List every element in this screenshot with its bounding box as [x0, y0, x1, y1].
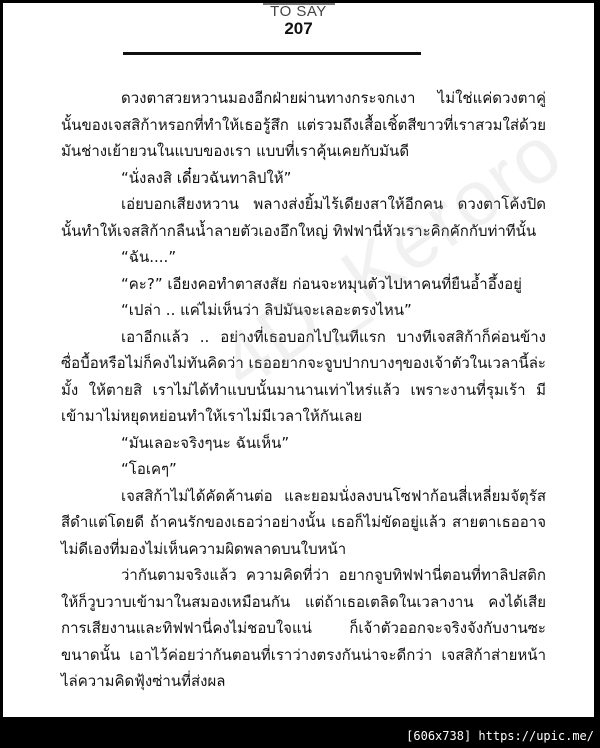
paragraph-3: “คะ?” เอียงคอทำตาสงสัย ก่อนจะหมุนตัวไปหา…: [61, 271, 546, 298]
dialog-line-5: “โอเคๆ”: [61, 456, 546, 483]
dialog-line-4: “มันเลอะจริงๆนะ ฉันเห็น”: [61, 430, 546, 457]
document-page: TO SAY 207 ดวงตาสวยหวานมองอีกฝ่ายผ่านทาง…: [3, 3, 594, 717]
paragraph-1: ดวงตาสวยหวานมองอีกฝ่ายผ่านทางกระจกเงา ไม…: [61, 85, 546, 165]
image-host-footer: [606x738] https://upic.me/: [0, 720, 600, 748]
paragraph-2: เอ่ยบอกเสียงหวาน พลางส่งยิ้มไร้เดียงสาให…: [61, 191, 546, 244]
dialog-line-3: “เปล่า .. แค่ไม่เห็นว่า ลิปมันจะเลอะตรงไ…: [61, 297, 546, 324]
paragraph-4: เอาอีกแล้ว .. อย่างที่เธอบอกไปในทีแรก บา…: [61, 324, 546, 430]
header-divider: [123, 52, 421, 55]
dialog-line-2: “ฉัน....”: [61, 244, 546, 271]
body-text: ดวงตาสวยหวานมองอีกฝ่ายผ่านทางกระจกเงา ไม…: [61, 85, 546, 695]
page-number: 207: [3, 20, 594, 38]
image-host-caption: [606x738] https://upic.me/: [406, 729, 594, 743]
paragraph-6: ว่ากันตามจริงแล้ว ความคิดที่ว่า อยากจูบท…: [61, 562, 546, 695]
chapter-title: TO SAY: [3, 4, 594, 20]
dialog-line-1: “นั่งลงสิ เดี๋ยวฉันทาลิปให้”: [61, 165, 546, 192]
paragraph-5: เจสสิก้าไม่ได้คัดค้านต่อ และยอมนั่งลงบนโ…: [61, 483, 546, 563]
